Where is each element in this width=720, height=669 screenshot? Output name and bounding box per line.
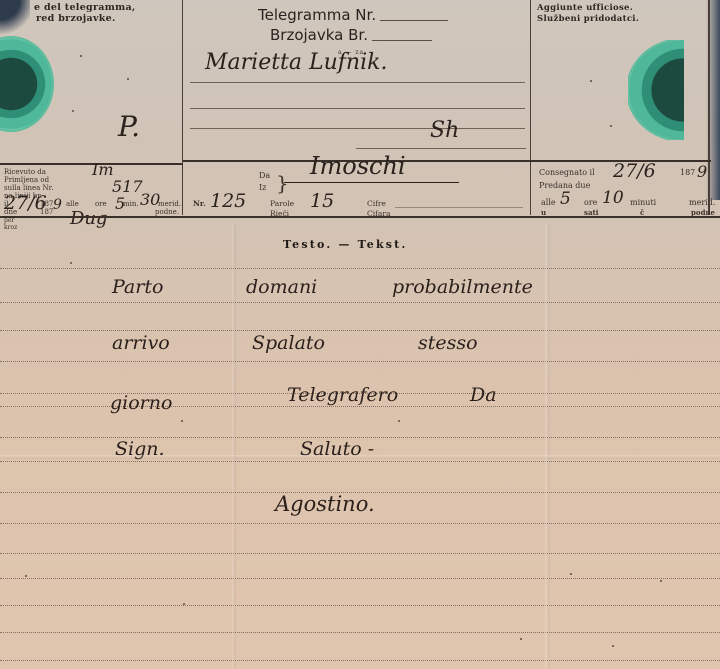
left-caption-line1: e del telegramma, xyxy=(34,2,136,13)
value-consigned-year: 9 xyxy=(697,162,707,181)
ruled-line xyxy=(0,632,720,633)
label-consigned-year: 187 xyxy=(680,169,695,177)
label-ore: ore xyxy=(584,199,597,207)
value-nr: 125 xyxy=(210,190,246,212)
paper-speck xyxy=(612,645,614,647)
value-received-from: Im xyxy=(92,160,114,179)
telegram-title: Telegramma Nr. Brzojavka Br. xyxy=(258,5,448,45)
label-merid: merid. xyxy=(158,200,181,208)
message-word: stesso xyxy=(418,332,478,354)
message-word: Telegrafero xyxy=(287,384,398,406)
label-da: Da xyxy=(259,172,270,180)
label-min: min. xyxy=(123,200,139,208)
ruled-line xyxy=(0,553,720,554)
value-consigned-min: 10 xyxy=(602,188,624,208)
brace: } xyxy=(276,172,289,194)
ruled-line xyxy=(0,406,720,407)
value-origin: Imoschi xyxy=(310,152,406,180)
addressee-city: Sh xyxy=(430,118,459,143)
origin-line xyxy=(284,182,459,183)
label-alle: alle xyxy=(541,199,556,207)
message-word: Da xyxy=(470,384,497,406)
paper-speck xyxy=(25,575,27,577)
left-caption: e del telegramma, red brzojavke. xyxy=(34,2,136,24)
brzojavka-number-blank xyxy=(372,40,432,41)
label-ricevuto: Ricevuto da xyxy=(4,168,46,176)
right-caption-line2: Službeni pridodatci. xyxy=(537,14,639,25)
paper-speck xyxy=(398,420,400,422)
message-word: probabilmente xyxy=(392,276,533,298)
value-received-hour: 5 xyxy=(115,194,125,213)
ruled-line xyxy=(0,361,720,362)
address-line-4 xyxy=(356,148,526,149)
label-podne: podne. xyxy=(155,208,179,216)
value-received-year: 9 xyxy=(53,197,62,213)
value-received-min: 30 xyxy=(140,190,160,209)
paper-speck xyxy=(610,125,612,127)
telegram-paper: e del telegramma, red brzojavke. P. Rice… xyxy=(0,0,720,669)
text-section-title: Testo. — Tekst. xyxy=(283,238,407,251)
signature-agostino: Agostino. xyxy=(275,492,375,516)
right-border xyxy=(708,0,710,215)
label-nr: Nr. xyxy=(193,200,206,208)
value-received-date: 27/6 xyxy=(4,192,47,214)
paper-speck xyxy=(70,262,72,264)
value-consigned-hour: 5 xyxy=(560,189,571,209)
paper-speck xyxy=(570,573,572,575)
fold-crease xyxy=(545,225,550,669)
addressee-first-name: Marietta Lufnik. xyxy=(205,50,387,75)
address-line-2 xyxy=(190,108,525,109)
label-cifre: Cifre xyxy=(367,200,386,208)
label-sulla-linea: sulla linea Nr. xyxy=(4,184,53,192)
ruled-line xyxy=(0,268,720,269)
paper-speck xyxy=(590,80,592,82)
ruled-line xyxy=(0,302,720,303)
value-per: Dug xyxy=(70,208,108,229)
message-word: Spalato xyxy=(252,332,325,354)
ruled-line xyxy=(0,578,720,579)
title-brzojavka: Brzojavka Br. xyxy=(270,25,368,45)
value-consigned-date: 27/6 xyxy=(613,160,656,182)
label-kroz: kroz xyxy=(4,224,17,232)
header-bottom-divider xyxy=(0,216,720,218)
value-words: 15 xyxy=(310,190,334,212)
label-merid: merid. xyxy=(689,199,715,207)
ruled-line xyxy=(0,660,720,661)
label-alle: alle xyxy=(66,200,79,208)
ruled-line xyxy=(0,523,720,524)
right-caption: Aggiunte ufficiose. Službeni pridodatci. xyxy=(537,3,639,25)
ruled-line xyxy=(0,461,720,462)
label-consegnato: Consegnato il xyxy=(539,169,595,177)
ruled-line xyxy=(0,330,720,331)
paper-speck xyxy=(181,420,183,422)
paper-speck xyxy=(183,603,185,605)
message-word: giorno xyxy=(110,392,172,414)
label-minuti: minuti xyxy=(630,199,656,207)
title-telegramma: Telegramma Nr. xyxy=(258,5,376,25)
message-word: arrivo xyxy=(112,332,170,354)
telegram-number-blank xyxy=(380,20,448,21)
paper-speck xyxy=(80,55,82,57)
label-primljena: Primljena od xyxy=(4,176,49,184)
mark-p: P. xyxy=(118,110,140,143)
paper-speck xyxy=(72,110,74,112)
paper-speck xyxy=(520,638,522,640)
label-iz: Iz xyxy=(259,184,266,192)
right-caption-line1: Aggiunte ufficiose. xyxy=(537,3,639,14)
address-line-3 xyxy=(190,128,525,129)
message-word: Parto xyxy=(112,276,163,298)
cifre-blank xyxy=(395,207,523,208)
label-parole: Parole xyxy=(270,200,294,208)
address-line-1 xyxy=(190,82,525,83)
ruled-line xyxy=(0,605,720,606)
left-caption-line2: red brzojavke. xyxy=(34,13,136,24)
message-word: domani xyxy=(246,276,317,298)
fold-crease xyxy=(0,455,720,459)
fold-crease xyxy=(232,225,236,669)
paper-speck xyxy=(660,580,662,582)
paper-speck xyxy=(127,78,129,80)
label-ore: ore xyxy=(95,200,107,208)
